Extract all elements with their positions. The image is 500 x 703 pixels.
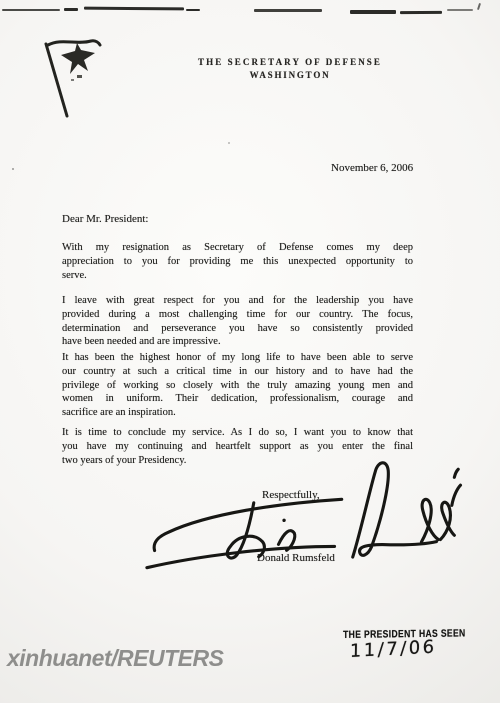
scan-artifact-dash: [84, 7, 184, 11]
letterhead: THE SECRETARY OF DEFENSE WASHINGTON: [170, 57, 410, 80]
letterhead-subtitle: WASHINGTON: [170, 70, 410, 80]
scan-artifact-dash: [254, 9, 322, 12]
body-line: privilege of working so closely with the…: [62, 379, 413, 393]
body-line: It is time to conclude my service. As I …: [62, 426, 413, 440]
body-line: appreciation to you for providing me thi…: [62, 255, 413, 269]
body-line: I leave with great respect for you and f…: [62, 294, 413, 308]
scan-artifact-dash: [64, 8, 78, 11]
salutation: Dear Mr. President:: [62, 213, 148, 225]
paragraph-1: With my resignation as Secretary of Defe…: [62, 241, 413, 282]
letterhead-title: THE SECRETARY OF DEFENSE: [170, 57, 410, 67]
scan-artifact-dash: [186, 9, 200, 11]
paragraph-2: I leave with great respect for you and f…: [62, 294, 413, 349]
scan-artifact-dash: [350, 10, 396, 14]
agency-watermark: xinhuanet/REUTERS: [7, 645, 223, 672]
body-line: have been needed and are impressive.: [62, 335, 413, 349]
scan-artifact-dash: [447, 9, 473, 11]
scan-speck: [228, 142, 230, 144]
letter-date: November 6, 2006: [331, 162, 413, 174]
letter-photo: THE SECRETARY OF DEFENSE WASHINGTON Nove…: [0, 0, 500, 703]
scan-artifact-dash: [477, 3, 481, 10]
scan-artifact-dash: [2, 9, 60, 11]
paragraph-3: It has been the highest honor of my long…: [62, 351, 413, 420]
body-line: With my resignation as Secretary of Defe…: [62, 241, 413, 255]
body-line: women in uniform. Their dedication, prof…: [62, 392, 413, 406]
body-line: sacrifice are an inspiration.: [62, 406, 413, 420]
body-line: our country at such a critical time in o…: [62, 365, 413, 379]
body-line: It has been the highest honor of my long…: [62, 351, 413, 365]
scan-speck: [12, 168, 14, 170]
defense-flag-eagle-icon: [33, 33, 113, 121]
body-line: serve.: [62, 269, 413, 283]
signer-name: Donald Rumsfeld: [257, 552, 335, 564]
body-line: determination and perseverance you have …: [62, 322, 413, 336]
body-line: provided during a most challenging time …: [62, 308, 413, 322]
scan-artifact-dash: [400, 11, 442, 14]
handwritten-date: 11/7/06: [350, 636, 437, 662]
body-line: you have my continuing and heartfelt sup…: [62, 440, 413, 454]
